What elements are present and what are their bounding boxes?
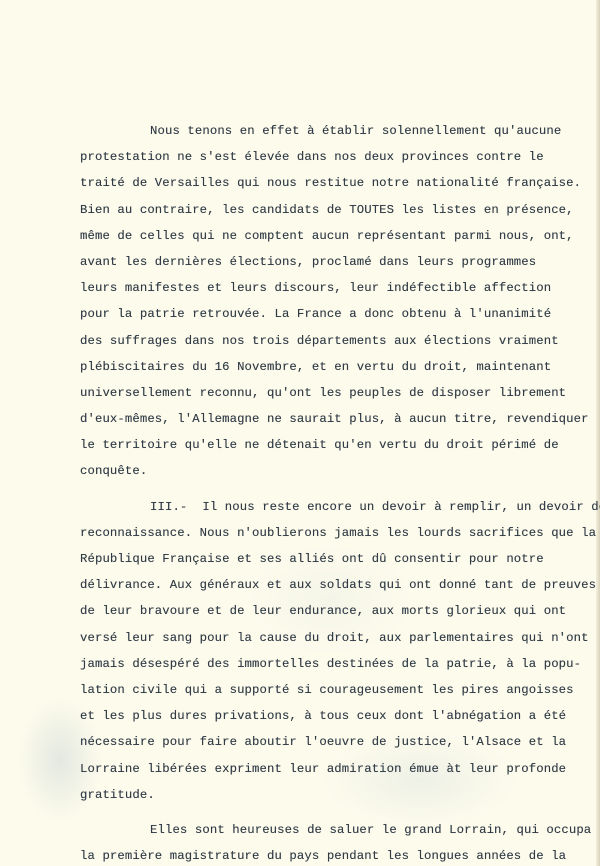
paragraph-3: Elles sont heureuses de saluer le grand … [80, 817, 595, 866]
text-line: le territoire qu'elle ne détenait qu'en … [80, 432, 595, 458]
paragraph-spacer [80, 808, 595, 817]
text-line: protestation ne s'est élevée dans nos de… [80, 144, 595, 170]
text-line: Bien au contraire, les candidats de TOUT… [80, 197, 595, 223]
text-line: la première magistrature du pays pendant… [80, 843, 595, 866]
section-heading-line: III.- Il nous reste encore un devoir à r… [80, 494, 595, 520]
text-line: versé leur sang pour la cause du droit, … [80, 625, 595, 651]
typewritten-page: Nous tenons en effet à établir solennell… [0, 0, 600, 866]
text-line: et les plus dures privations, à tous ceu… [80, 703, 595, 729]
text-line: universellement reconnu, qu'ont les peup… [80, 380, 595, 406]
text-line: Nous tenons en effet à établir solennell… [80, 118, 595, 144]
paragraph-spacer [80, 485, 595, 494]
document-body: Nous tenons en effet à établir solennell… [80, 118, 595, 866]
text-line: République Française et ses alliés ont d… [80, 546, 595, 572]
text-line: de leur bravoure et de leur endurance, a… [80, 598, 595, 624]
text-line: gratitude. [80, 782, 595, 808]
paragraph-2-section-III: III.- Il nous reste encore un devoir à r… [80, 494, 595, 808]
text-line: Elles sont heureuses de saluer le grand … [80, 817, 595, 843]
text-line: avant les dernières élections, proclamé … [80, 249, 595, 275]
text-line: lation civile qui a supporté si courageu… [80, 677, 595, 703]
text-line: Lorraine libérées expriment leur admirat… [80, 756, 595, 782]
paragraph-1: Nous tenons en effet à établir solennell… [80, 118, 595, 485]
text-line: jamais désespéré des immortelles destiné… [80, 651, 595, 677]
text-line: même de celles qui ne comptent aucun rep… [80, 223, 595, 249]
text-line: plébiscitaires du 16 Novembre, et en ver… [80, 354, 595, 380]
text-line: nécessaire pour faire aboutir l'oeuvre d… [80, 729, 595, 755]
paper-edge [596, 0, 600, 866]
text-line: des suffrages dans nos trois département… [80, 328, 595, 354]
text-line: conquête. [80, 458, 595, 484]
text-line: reconnaissance. Nous n'oublierons jamais… [80, 520, 595, 546]
text-line: d'eux-mêmes, l'Allemagne ne saurait plus… [80, 406, 595, 432]
text-line: leurs manifestes et leurs discours, leur… [80, 275, 595, 301]
text-line: traité de Versailles qui nous restitue n… [80, 170, 595, 196]
text-line: pour la patrie retrouvée. La France a do… [80, 301, 595, 327]
text-line: délivrance. Aux généraux et aux soldats … [80, 572, 595, 598]
